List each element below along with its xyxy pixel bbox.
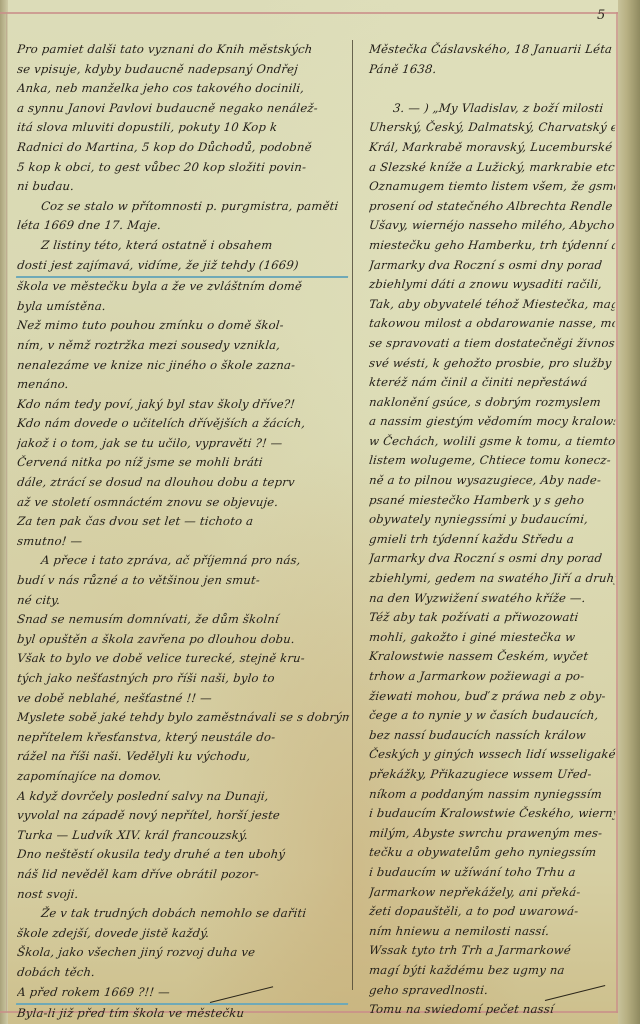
manuscript-line: Tomu na swiedomí pečet nassí — [368, 1000, 616, 1020]
manuscript-line: Jarmarky dva Roczní s osmi dny porad — [368, 256, 616, 276]
manuscript-line: itá slova mluviti dopustili, pokuty 10 K… — [16, 118, 350, 138]
manuscript-line: až ve století osmnáctém znovu se objevuj… — [16, 493, 350, 513]
manuscript-line: byl opuštěn a škola zavřena po dlouhou d… — [16, 630, 350, 650]
manuscript-line: dále, ztrácí se dosud na dlouhou dobu a … — [16, 473, 350, 493]
manuscript-line: na den Wyzwižení swatého kříže —. — [368, 589, 616, 609]
manuscript-line: škole zdejší, dovede jistě každý. — [16, 924, 350, 944]
manuscript-line: Pro pamiet dalši tato vyznani do Knih mě… — [16, 40, 350, 60]
manuscript-line: 3. — ) „My Vladislav, z boží milosti — [368, 99, 616, 119]
manuscript-line: Za ten pak čas dvou set let — tichoto a — [16, 512, 350, 532]
manuscript-line: Myslete sobě jaké tehdy bylo zaměstnával… — [16, 708, 350, 728]
manuscript-line: smutno! — — [16, 532, 350, 552]
manuscript-line: naklonění gsúce, s dobrým rozmyslem — [368, 393, 616, 413]
manuscript-line: žeti dopauštěli, a to pod uwarowá- — [368, 902, 616, 922]
manuscript-line: bez nassí budaucích nassích králow — [368, 726, 616, 746]
manuscript-line: w Čechách, wolili gsme k tomu, a tiemto — [368, 432, 616, 452]
manuscript-line: čege a to nynie y w časích budaucích, — [368, 706, 616, 726]
page-edge — [618, 0, 640, 1024]
manuscript-line: Kdo nám dovede o učitelích dřívějších a … — [16, 414, 350, 434]
manuscript-line: Radnici do Martina, 5 kop do Důchodů, po… — [16, 138, 350, 158]
manuscript-line: ním, v němž roztržka mezi sousedy vznikl… — [16, 336, 350, 356]
column-divider — [352, 40, 353, 990]
manuscript-line: budí v nás různé a to většinou jen smut- — [16, 571, 350, 591]
manuscript-line: Coz se stalo w přítomnosti p. purgmistra… — [16, 197, 350, 217]
manuscript-line: dobách těch. — [16, 963, 350, 983]
manuscript-line: milým, Abyste swrchu praweným mes- — [368, 824, 616, 844]
manuscript-line: škola ve městečku byla a že ve zvláštním… — [16, 277, 350, 297]
manuscript-line: Že v tak trudných dobách nemohlo se daři… — [16, 904, 350, 924]
manuscript-line: Král, Markrabě moravský, Lucemburské — [368, 138, 616, 158]
manuscript-line: i budaucím w užíwání toho Trhu a — [368, 863, 616, 883]
manuscript-line: níkom a poddaným nassim nyniegssím — [368, 785, 616, 805]
manuscript-line: jakož i o tom, jak se tu učilo, vypravět… — [16, 434, 350, 454]
manuscript-line: žiewati mohou, buď z práwa neb z oby- — [368, 687, 616, 707]
manuscript-line: ně a to pilnou wysazugiece, Aby nade- — [368, 471, 616, 491]
manuscript-line: Tak, aby obyvatelé téhož Miestečka, magi… — [368, 295, 616, 315]
manuscript-line: nost svoji. — [16, 885, 350, 905]
manuscript-line: Kdo nám tedy poví, jaký byl stav školy d… — [16, 395, 350, 415]
manuscript-line: 5 kop k obci, to gest vůbec 20 kop složi… — [16, 158, 350, 178]
manuscript-line: magí býti každému bez ugmy na — [368, 961, 616, 981]
manuscript-line: Snad se nemusím domnívati, že dům školní — [16, 610, 350, 630]
margin-rule-right — [616, 12, 618, 1013]
manuscript-line: zbiehlymi, gedem na swatého Jiří a druhý — [368, 569, 616, 589]
manuscript-line: vyvolal na západě nový nepřítel, horší j… — [16, 806, 350, 826]
manuscript-line: trhow a Jarmarkow požiewagi a po- — [368, 667, 616, 687]
manuscript-line — [368, 79, 616, 99]
manuscript-line: A když dovrčely poslední salvy na Dunaji… — [16, 787, 350, 807]
manuscript-line: takowou milost a obdarowanie nasse, mohl… — [368, 314, 616, 334]
manuscript-line: Českých y giných wssech lidí wsseligaké — [368, 745, 616, 765]
manuscript-line: tečku a obywatelům geho nyniegssím — [368, 843, 616, 863]
manuscript-line: Uherský, Český, Dalmatský, Charvatský et… — [368, 118, 616, 138]
manuscript-line: a Slezské kníže a Lužický, markrabie etc… — [368, 158, 616, 178]
manuscript-line: Oznamugem tiemto listem všem, že gsme — [368, 177, 616, 197]
manuscript-line: Byla-li již před tím škola ve městečku — [16, 1004, 350, 1024]
manuscript-line: Ušavy, wiernéjo nasseho milého, Abychom — [368, 216, 616, 236]
manuscript-line: byla umístěna. — [16, 297, 350, 317]
manuscript-line: své wésti, k gehožto prosbie, pro služby… — [368, 354, 616, 374]
manuscript-line: mohli, gakožto i giné miestečka w — [368, 628, 616, 648]
manuscript-line: Dno neštěstí okusila tedy druhé a ten ub… — [16, 845, 350, 865]
manuscript-line: obywately nyniegssími y budaucími, — [368, 510, 616, 530]
manuscript-line: Kralowstwie nassem Českém, wyčet — [368, 647, 616, 667]
manuscript-line: zbiehlymi dáti a znowu wysaditi račili, — [368, 275, 616, 295]
manuscript-line: A před rokem 1669 ?!! — — [16, 983, 350, 1005]
manuscript-line: menáno. — [16, 375, 350, 395]
manuscript-line: Však to bylo ve době velice turecké, ste… — [16, 649, 350, 669]
manuscript-line: nepřítelem křesťanstva, který neustále d… — [16, 728, 350, 748]
manuscript-line: A přece i tato zpráva, ač příjemná pro n… — [16, 551, 350, 571]
right-column-text: Městečka Čáslavského, 18 Januarii LétaPá… — [368, 40, 614, 1020]
manuscript-line: miestečku geho Hamberku, trh týdenní a — [368, 236, 616, 256]
manuscript-line: rážel na říši naši. Vedělyli ku východu, — [16, 747, 350, 767]
margin-rule-top — [0, 12, 618, 14]
manuscript-line: Městečka Čáslavského, 18 Januarii Léta — [368, 40, 616, 60]
manuscript-line: dosti jest zajímavá, vidíme, že již tehd… — [16, 256, 350, 278]
manuscript-line: Jarmarkow nepřekážely, ani překá- — [368, 883, 616, 903]
manuscript-line: nenalezáme ve knize nic jiného o škole z… — [16, 356, 350, 376]
manuscript-line: geho spravedlnosti. — [368, 981, 616, 1001]
manuscript-line: gmieli trh týdenní každu Středu a — [368, 530, 616, 550]
manuscript-line: léta 1669 dne 17. Maje. — [16, 216, 350, 236]
manuscript-line: Škola, jako všechen jiný rozvoj duha ve — [16, 943, 350, 963]
manuscript-line: Též aby tak požívati a přiwozowati — [368, 608, 616, 628]
margin-rule-left — [6, 12, 7, 1013]
manuscript-page: 5 Pro pamiet dalši tato vyznani do Knih … — [0, 0, 640, 1024]
left-column-text: Pro pamiet dalši tato vyznani do Knih mě… — [16, 40, 348, 1024]
manuscript-line: tých jako nešťastných pro říši naši, byl… — [16, 669, 350, 689]
manuscript-line: náš lid nevěděl kam dříve obrátil pozor- — [16, 865, 350, 885]
manuscript-line: Turka — Ludvík XIV. král francouzský. — [16, 826, 350, 846]
manuscript-line: a nassim giestým vědomím mocy kralowskí — [368, 412, 616, 432]
page-number: 5 — [597, 8, 605, 23]
manuscript-line: Červená nitka po níž jsme se mohli bráti — [16, 453, 350, 473]
manuscript-line: kteréž nám činil a činiti nepřestáwá — [368, 373, 616, 393]
manuscript-line: a synnu Janovi Pavlovi budaucně negako n… — [16, 99, 350, 119]
manuscript-line: se vpisuje, kdyby budaucně nadepsaný Ond… — [16, 60, 350, 80]
manuscript-line: Než mimo tuto pouhou zmínku o domě škol- — [16, 316, 350, 336]
manuscript-line: zapomínajíce na domov. — [16, 767, 350, 787]
manuscript-line: Anka, neb manželka jeho cos takového doc… — [16, 79, 350, 99]
manuscript-line: ni budau. — [16, 177, 350, 197]
manuscript-line: listem wolugeme, Chtiece tomu konecz- — [368, 451, 616, 471]
manuscript-line: Z listiny této, která ostatně i obsahem — [16, 236, 350, 256]
manuscript-line: i budaucím Kralowstwie Českého, wiernym — [368, 804, 616, 824]
manuscript-line: Wssak tyto trh Trh a Jarmarkowé — [368, 941, 616, 961]
manuscript-line: Páně 1638. — [368, 60, 616, 80]
manuscript-line: ve době neblahé, nešťastné !! — — [16, 689, 350, 709]
manuscript-line: se spravovati a tiem dostatečněgi živnos… — [368, 334, 616, 354]
manuscript-line: psané miestečko Hamberk y s geho — [368, 491, 616, 511]
manuscript-line: prosení od statečného Albrechta Rendle z — [368, 197, 616, 217]
manuscript-line: ním hniewu a nemilosti nassí. — [368, 922, 616, 942]
manuscript-line: překážky, Přikazugiece wssem Uřed- — [368, 765, 616, 785]
manuscript-line: Jarmarky dva Roczní s osmi dny porad — [368, 549, 616, 569]
manuscript-line: né city. — [16, 591, 350, 611]
